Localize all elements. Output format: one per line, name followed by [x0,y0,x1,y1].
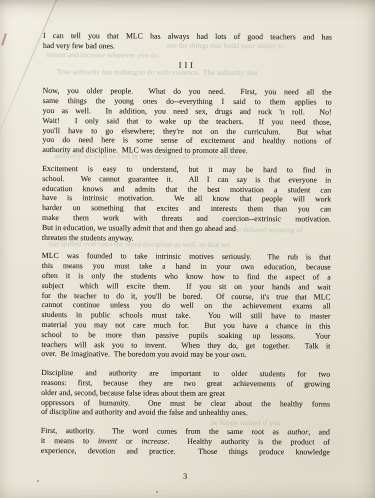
text-line: experience, devotion and practice. Those… [41,446,330,457]
paragraph: Excitement is easy to understand, but it… [42,164,331,244]
paragraph: I can tell you that MLC has always had l… [43,31,332,52]
section-heading: III [43,60,332,71]
paper-speck [37,480,39,482]
page-number: 3 [41,471,330,482]
text-line: threaten the students anyway. [42,233,331,244]
paragraph: First, authority. The word comes from th… [41,426,330,457]
page-content: I can tell you that MLC has always had l… [41,31,332,466]
paper-speck [156,491,158,493]
text-line: of discipline and authority and avoid th… [41,407,330,418]
text-line: over. Be imaginative. The boredom you av… [41,349,330,360]
paragraph: Now, you older people. What do you need.… [42,86,331,156]
scanned-page: see the things that build your ability t… [0,0,375,498]
text-line: authority and discipline. MLC was design… [42,145,331,156]
page-tilt-wrapper: see the things that build your ability t… [0,0,375,498]
paragraph: MLC was founded to take intrinsic motive… [41,251,331,360]
text-line: had very few bad ones. [43,41,332,52]
paragraph: Discipline and authority are important t… [41,368,330,418]
